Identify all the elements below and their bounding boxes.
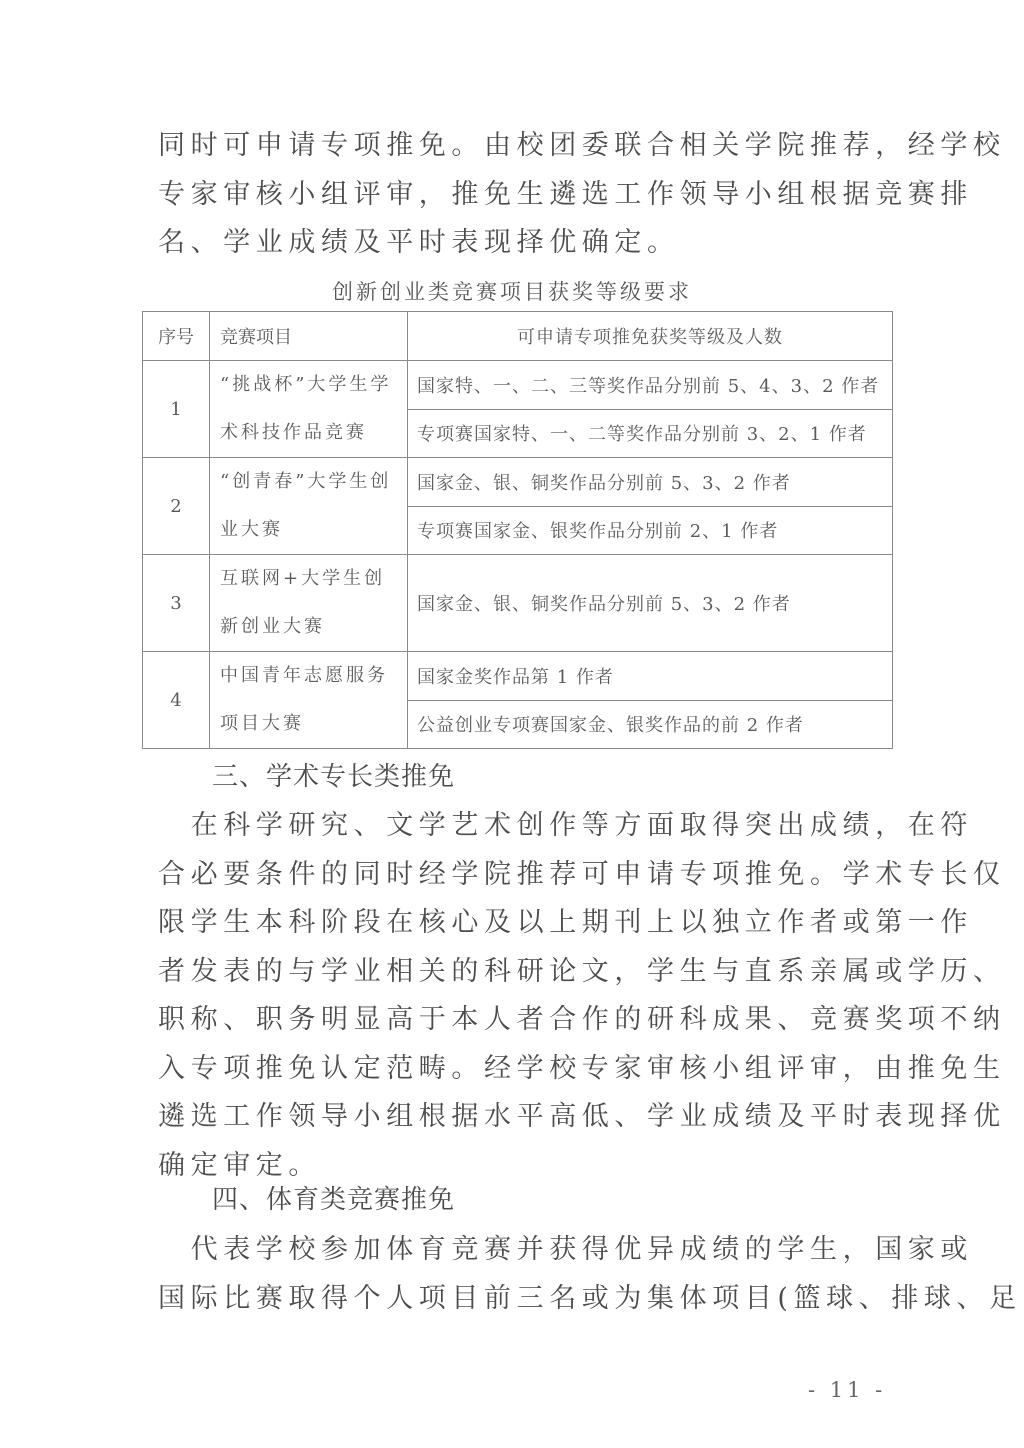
text-line: 职称、职务明显高于本人者合作的研科成果、竞赛奖项不纳 — [158, 996, 878, 1045]
text-line: 在科学研究、文学艺术创作等方面取得突出成绩，在符 — [158, 802, 878, 851]
section-academic-paragraph: 在科学研究、文学艺术创作等方面取得突出成绩，在符 合必要条件的同时经学院推荐可申… — [158, 802, 878, 1190]
text-line: 入专项推免认定范畴。经学校专家审核小组评审，由推免生 — [158, 1045, 878, 1094]
competition-name-line: 互联网+大学生创 — [220, 555, 407, 603]
competition-name: “挑战杯”大学生学 术科技作品竞赛 — [210, 361, 408, 458]
text-line: 同时可申请专项推免。由校团委联合相关学院推荐，经学校 — [158, 122, 878, 171]
award-requirement: 国家金、银、铜奖作品分别前 5、3、2 作者 — [408, 555, 893, 652]
competition-name-line: 新创业大赛 — [220, 603, 407, 651]
text-line: 代表学校参加体育竞赛并获得优异成绩的学生，国家或 — [158, 1226, 878, 1275]
table-row: 3 互联网+大学生创 新创业大赛 国家金、银、铜奖作品分别前 5、3、2 作者 — [143, 555, 893, 652]
award-requirement: 专项赛国家特、一、二等奖作品分别前 3、2、1 作者 — [408, 409, 893, 458]
competition-name-line: “创青春”大学生创 — [220, 458, 407, 506]
header-competition: 竞赛项目 — [210, 312, 408, 361]
text-line: 国际比赛取得个人项目前三名或为集体项目(篮球、排球、足 — [158, 1275, 878, 1324]
row-no: 4 — [143, 652, 210, 749]
award-requirement: 国家金奖作品第 1 作者 — [408, 652, 893, 701]
header-awards: 可申请专项推免获奖等级及人数 — [408, 312, 893, 361]
text-line: 者发表的与学业相关的科研论文，学生与直系亲属或学历、 — [158, 948, 878, 997]
award-requirement: 专项赛国家金、银奖作品分别前 2、1 作者 — [408, 506, 893, 555]
intro-paragraph: 同时可申请专项推免。由校团委联合相关学院推荐，经学校 专家审核小组评审，推免生遴… — [158, 122, 878, 268]
table-header-row: 序号 竞赛项目 可申请专项推免获奖等级及人数 — [143, 312, 893, 361]
award-requirement: 国家金、银、铜奖作品分别前 5、3、2 作者 — [408, 458, 893, 507]
row-no: 2 — [143, 458, 210, 555]
row-no: 3 — [143, 555, 210, 652]
document-page: 同时可申请专项推免。由校团委联合相关学院推荐，经学校 专家审核小组评审，推免生遴… — [0, 0, 1024, 1448]
competition-name-line: “挑战杯”大学生学 — [220, 361, 407, 409]
header-no: 序号 — [143, 312, 210, 361]
text-line: 合必要条件的同时经学院推荐可申请专项推免。学术专长仅 — [158, 851, 878, 900]
row-no: 1 — [143, 361, 210, 458]
competition-name-line: 术科技作品竞赛 — [220, 409, 407, 457]
section-heading-sports: 四、体育类竞赛推免 — [212, 1180, 455, 1220]
section-sports-paragraph: 代表学校参加体育竞赛并获得优异成绩的学生，国家或 国际比赛取得个人项目前三名或为… — [158, 1226, 878, 1323]
section-heading-academic: 三、学术专长类推免 — [212, 757, 455, 797]
competition-name: 中国青年志愿服务 项目大赛 — [210, 652, 408, 749]
table-caption: 创新创业类竞赛项目获奖等级要求 — [0, 276, 1024, 306]
competition-name-line: 业大赛 — [220, 506, 407, 554]
competition-name-line: 项目大赛 — [220, 700, 407, 748]
text-line: 遴选工作领导小组根据水平高低、学业成绩及平时表现择优 — [158, 1093, 878, 1142]
competition-name: “创青春”大学生创 业大赛 — [210, 458, 408, 555]
table-row: 4 中国青年志愿服务 项目大赛 国家金奖作品第 1 作者 — [143, 652, 893, 701]
text-line: 限学生本科阶段在核心及以上期刊上以独立作者或第一作 — [158, 899, 878, 948]
competition-name: 互联网+大学生创 新创业大赛 — [210, 555, 408, 652]
award-requirements-table: 序号 竞赛项目 可申请专项推免获奖等级及人数 1 “挑战杯”大学生学 术科技作品… — [142, 311, 893, 749]
text-line: 专家审核小组评审，推免生遴选工作领导小组根据竞赛排 — [158, 171, 878, 220]
award-requirement: 公益创业专项赛国家金、银奖作品的前 2 作者 — [408, 700, 893, 749]
text-line: 名、学业成绩及平时表现择优确定。 — [158, 219, 878, 268]
award-requirement: 国家特、一、二、三等奖作品分别前 5、4、3、2 作者 — [408, 361, 893, 410]
page-number: - 11 - — [808, 1378, 886, 1402]
table-row: 1 “挑战杯”大学生学 术科技作品竞赛 国家特、一、二、三等奖作品分别前 5、4… — [143, 361, 893, 410]
competition-name-line: 中国青年志愿服务 — [220, 652, 407, 700]
table-row: 2 “创青春”大学生创 业大赛 国家金、银、铜奖作品分别前 5、3、2 作者 — [143, 458, 893, 507]
